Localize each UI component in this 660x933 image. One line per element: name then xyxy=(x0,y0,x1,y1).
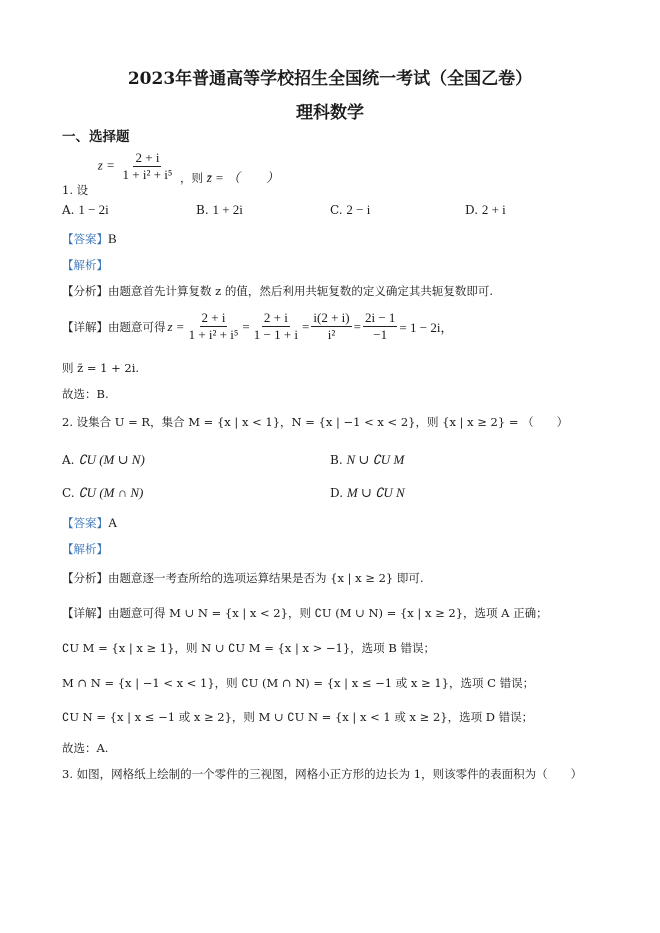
q2-detail-line-3: M ∩ N = {x | −1 < x < 1}，则 ∁U (M ∩ N) = … xyxy=(62,675,534,691)
detail-fraction-3: i(2 + i)i² xyxy=(311,310,351,343)
q1-option-c: C. 2 − i xyxy=(330,202,370,218)
document-subtitle: 理科数学 xyxy=(0,98,660,123)
q1-detail: 【详解】 由题意可得 z = 2 + i1 + i² + i⁵ = 2 + i1… xyxy=(62,310,453,343)
q2-detail-line-1: 【详解】由题意可得 M ∪ N = {x | x < 2}，则 ∁U (M ∪ … xyxy=(62,605,548,621)
q2-option-b: B. N ∪ ∁U M xyxy=(330,452,404,468)
q1-mid: ，则 xyxy=(180,171,203,185)
q1-answer: 【答案】B xyxy=(62,231,117,247)
question-1-stem: 1. 设 z = 2 + i 1 + i² + i⁵ ，则 z̄ = （ ） xyxy=(62,150,279,183)
q2-detail-line-4: ∁U N = {x | x ≤ −1 或 x ≥ 2}，则 M ∪ ∁U N =… xyxy=(62,709,533,725)
q1-option-d: D. 2 + i xyxy=(465,202,506,218)
detail-fraction-1: 2 + i1 + i² + i⁵ xyxy=(187,310,241,343)
q1-option-a: A. 1 − 2i xyxy=(62,202,109,218)
q2-fenxi: 【分析】由题意逐一考查所给的选项运算结果是否为 {x | x ≥ 2} 即可. xyxy=(62,570,424,586)
q2-analysis-label: 【解析】 xyxy=(62,541,108,557)
detail-fraction-2: 2 + i1 − 1 + i xyxy=(252,310,300,343)
q2-option-d: D. M ∪ ∁U N xyxy=(330,485,405,501)
question-3-stem: 3. 如图，网格纸上绘制的一个零件的三视图，网格小正方形的边长为 1，则该零件的… xyxy=(62,766,582,782)
q1-prefix: 1. 设 xyxy=(62,183,88,197)
q2-option-c: C. ∁U (M ∩ N) xyxy=(62,485,143,501)
question-2-stem: 2. 设集合 U = R，集合 M = {x | x < 1}，N = {x |… xyxy=(62,414,568,430)
q1-z-eq: z = xyxy=(98,158,115,173)
q1-zbar: z̄ = （ ） xyxy=(207,170,279,185)
q1-conjugate-line: 则 z̄ = 1 + 2i. xyxy=(62,360,139,376)
document-title: 2023年普通高等学校招生全国统一考试（全国乙卷） xyxy=(0,64,660,89)
q2-option-a: A. ∁U (M ∪ N) xyxy=(62,452,145,468)
q2-detail-line-2: ∁U M = {x | x ≥ 1}，则 N ∪ ∁U M = {x | x >… xyxy=(62,640,435,656)
detail-fraction-4: 2i − 1−1 xyxy=(363,310,397,343)
q1-option-b: B. 1 + 2i xyxy=(196,202,243,218)
q1-fraction: 2 + i 1 + i² + i⁵ xyxy=(121,150,175,183)
q2-answer: 【答案】A xyxy=(62,515,117,531)
q2-conclusion: 故选：A. xyxy=(62,740,108,756)
q1-analysis-label: 【解析】 xyxy=(62,257,108,273)
q1-fenxi: 【分析】由题意首先计算复数 z 的值，然后利用共轭复数的定义确定其共轭复数即可. xyxy=(62,283,493,299)
q1-conclusion: 故选：B. xyxy=(62,386,109,402)
section-heading: 一、选择题 xyxy=(62,125,130,145)
